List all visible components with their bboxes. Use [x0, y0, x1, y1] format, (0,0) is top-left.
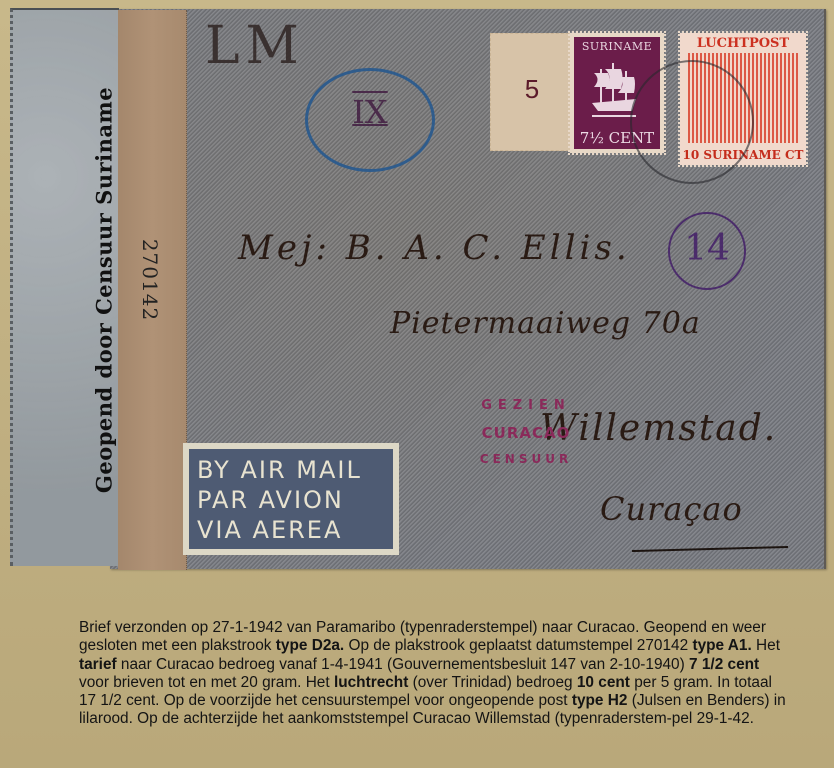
caption-text: Op de plakstrook geplaatst datumstempel …: [344, 637, 692, 654]
circled-mark: IX: [305, 68, 435, 172]
handwritten-initials: LM: [205, 16, 305, 76]
airmail-line-2: PAR AVION: [197, 485, 393, 515]
caption-text: voor brieven tot en met 20 gram. Het: [79, 674, 334, 691]
caption: Brief verzonden op 27-1-1942 van Paramar…: [79, 619, 789, 729]
censor-stamp-top: GEZIEN: [466, 398, 586, 413]
airmail-line-1: BY AIR MAIL: [197, 455, 393, 485]
caption-emphasis: type D2a.: [276, 637, 344, 654]
address-line-2: Pietermaaiweg 70a: [390, 306, 701, 341]
selvage-number: 5: [491, 74, 573, 105]
address-line-4: Curaçao: [600, 490, 743, 528]
caption-emphasis: type A1.: [692, 637, 751, 654]
circled-number-text: 14: [670, 228, 744, 269]
caption-text: Het: [752, 637, 780, 654]
stamp-ship-country: SURINAME: [574, 40, 660, 53]
caption-text: naar Curacao bedroeg vanaf 1-4-1941 (Gou…: [117, 656, 689, 673]
circled-number: 14: [668, 212, 746, 290]
airmail-label-body: BY AIR MAIL PAR AVION VIA AEREA: [189, 449, 393, 549]
circled-mark-text: IX: [308, 93, 432, 131]
address-line-1: Mej: B. A. C. Ellis.: [238, 228, 631, 268]
caption-emphasis: tarief: [79, 656, 117, 673]
caption-emphasis: 10 cent: [577, 674, 630, 691]
censor-stamp-bottom: CENSUUR: [466, 452, 586, 466]
caption-emphasis: 7 1/2 cent: [689, 656, 759, 673]
censor-tape-text: Geopend door Censuur Suriname: [92, 87, 117, 493]
caption-text: (over Trinidad) bedroeg: [408, 674, 577, 691]
airmail-label: BY AIR MAIL PAR AVION VIA AEREA: [183, 443, 399, 555]
postmark: [630, 60, 754, 184]
stamp-selvage: 5: [490, 33, 574, 151]
airmail-line-3: VIA AEREA: [197, 515, 393, 545]
censor-stamp: GEZIEN CURACAO CENSUUR: [466, 392, 586, 488]
censor-stamp-middle: CURACAO: [466, 424, 586, 442]
censor-date-stamp: 270142: [138, 239, 162, 321]
stamp-airmail-title: LUCHTPOST: [680, 36, 806, 51]
caption-emphasis: type H2: [572, 692, 628, 709]
caption-emphasis: luchtrecht: [334, 674, 408, 691]
